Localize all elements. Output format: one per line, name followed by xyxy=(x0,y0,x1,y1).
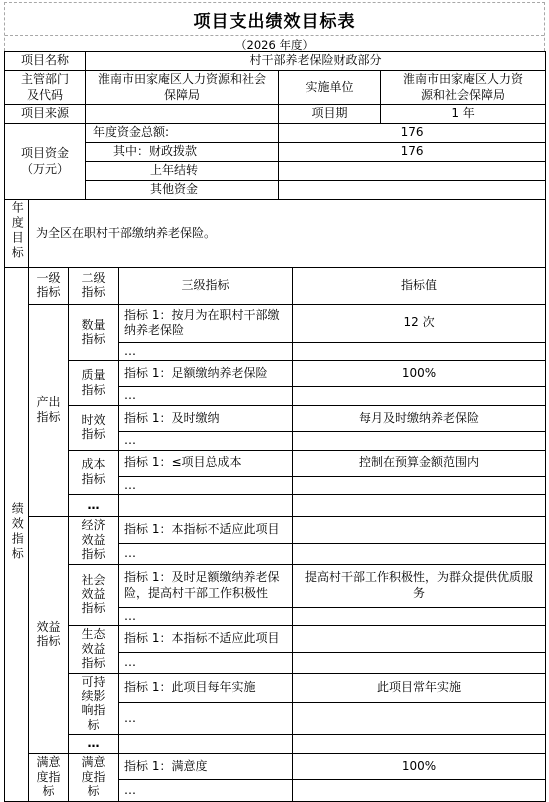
annual-goal-label: 年度目标 xyxy=(9,201,25,261)
project-period-value: 1 年 xyxy=(381,105,546,124)
row-source-period: 项目来源 项目期 1 年 xyxy=(5,105,546,124)
empty-cell xyxy=(119,735,293,754)
funding-row: 其他资金 xyxy=(5,181,546,200)
indicator-more: … xyxy=(119,476,293,495)
sub-satisfaction-label: 满意度指标 xyxy=(69,753,119,801)
empty-cell xyxy=(293,703,546,735)
indicator-value xyxy=(293,517,546,544)
empty-cell xyxy=(293,607,546,626)
group-satisfaction-label: 满意度指标 xyxy=(29,753,69,801)
project-name-label: 项目名称 xyxy=(5,52,86,71)
project-name-value: 村干部养老保险财政部分 xyxy=(86,52,546,71)
project-period-label: 项目期 xyxy=(279,105,381,124)
department-value: 淮南市田家庵区人力资源和社会 保障局 xyxy=(86,71,279,105)
indicator-value: 控制在预算金额范围内 xyxy=(293,450,546,476)
target-table: 项目名称 村干部养老保险财政部分 主管部门 及代码 淮南市田家庵区人力资源和社会… xyxy=(4,51,546,802)
empty-cell xyxy=(293,735,546,754)
indicator-more: … xyxy=(119,607,293,626)
performance-header-row: 绩效指标 一级指标 二级指标 三级指标 指标值 xyxy=(5,267,546,304)
header-value: 指标值 xyxy=(293,267,546,304)
indicator-row: 满意度指标 满意度指标 指标 1：满意度 100% xyxy=(5,753,546,779)
row-department: 主管部门 及代码 淮南市田家庵区人力资源和社会 保障局 实施单位 淮南市田家庵区… xyxy=(5,71,546,105)
sub-timeliness-label: 时效指标 xyxy=(69,405,119,450)
empty-cell xyxy=(293,495,546,517)
indicator-value: 100% xyxy=(293,361,546,387)
funding-label: 项目资金 （万元） xyxy=(5,124,86,200)
indicator-value: 每月及时缴纳养老保险 xyxy=(293,405,546,431)
empty-cell xyxy=(293,387,546,406)
empty-cell xyxy=(293,544,546,564)
title-block: 项目支出绩效目标表 （2026 年度） xyxy=(4,2,545,51)
funding-other-value xyxy=(279,181,546,200)
sub-quality-label: 质量指标 xyxy=(69,361,119,406)
performance-side-label: 绩效指标 xyxy=(9,502,25,562)
impl-unit-label: 实施单位 xyxy=(279,71,381,105)
sub-ecological-label: 生态效益指标 xyxy=(69,626,119,673)
annual-goal-label-cell: 年度目标 xyxy=(5,200,29,268)
sub-social-label: 社会效益指标 xyxy=(69,564,119,626)
indicator-row: 产出指标 数量指标 指标 1：按月为在职村干部缴 纳养老保险 12 次 xyxy=(5,304,546,342)
document-subtitle: （2026 年度） xyxy=(5,36,544,51)
empty-cell xyxy=(293,342,546,361)
indicator-value: 此项目常年实施 xyxy=(293,673,546,703)
project-source-value xyxy=(86,105,279,124)
indicator-value: 提高村干部工作积极性，为群众提供优质服 务 xyxy=(293,564,546,607)
indicator-row: 质量指标 指标 1：足额缴纳养老保险 100% xyxy=(5,361,546,387)
funding-total-label: 年度资金总额: xyxy=(86,124,279,143)
indicator-row: 成本指标 指标 1：≤项目总成本 控制在预算金额范围内 xyxy=(5,450,546,476)
funding-total-value: 176 xyxy=(279,124,546,143)
group-more: … xyxy=(69,735,119,754)
indicator-text: 指标 1：及时足额缴纳养老保 险，提高村干部工作积极性 xyxy=(119,564,293,607)
indicator-text: 指标 1：足额缴纳养老保险 xyxy=(119,361,293,387)
group-output-label: 产出指标 xyxy=(29,304,69,516)
sub-quantity-label: 数量指标 xyxy=(69,304,119,361)
sub-economic-label: 经济效益指标 xyxy=(69,517,119,564)
funding-row: 其中：财政拨款 176 xyxy=(5,143,546,162)
indicator-more: … xyxy=(119,342,293,361)
empty-cell xyxy=(293,779,546,801)
indicator-text: 指标 1：及时缴纳 xyxy=(119,405,293,431)
indicator-text: 指标 1：按月为在职村干部缴 纳养老保险 xyxy=(119,304,293,342)
indicator-text: 指标 1：本指标不适应此项目 xyxy=(119,517,293,544)
sub-sustainability-label: 可持续影响指标 xyxy=(69,673,119,735)
department-label: 主管部门 及代码 xyxy=(5,71,86,105)
indicator-more: … xyxy=(119,653,293,673)
annual-goal-content: 为全区在职村干部缴纳养老保险。 xyxy=(29,200,546,268)
group-benefit-label: 效益指标 xyxy=(29,517,69,754)
row-project-name: 项目名称 村干部养老保险财政部分 xyxy=(5,52,546,71)
indicator-row: 社会效益指标 指标 1：及时足额缴纳养老保 险，提高村干部工作积极性 提高村干部… xyxy=(5,564,546,607)
empty-cell xyxy=(293,653,546,673)
funding-fiscal-value: 176 xyxy=(279,143,546,162)
indicator-value: 12 次 xyxy=(293,304,546,342)
empty-cell xyxy=(119,495,293,517)
funding-carryover-label: 上年结转 xyxy=(86,162,279,181)
header-level1: 一级指标 xyxy=(29,267,69,304)
indicator-row: 时效指标 指标 1：及时缴纳 每月及时缴纳养老保险 xyxy=(5,405,546,431)
indicator-text: 指标 1：≤项目总成本 xyxy=(119,450,293,476)
funding-other-label: 其他资金 xyxy=(86,181,279,200)
header-level2: 二级指标 xyxy=(69,267,119,304)
empty-cell xyxy=(293,476,546,495)
funding-fiscal-label: 其中：财政拨款 xyxy=(86,143,279,162)
funding-row: 项目资金 （万元） 年度资金总额: 176 xyxy=(5,124,546,143)
performance-side-label-cell: 绩效指标 xyxy=(5,267,29,801)
indicator-text: 指标 1：此项目每年实施 xyxy=(119,673,293,703)
empty-cell xyxy=(293,431,546,450)
performance-target-document: 项目支出绩效目标表 （2026 年度） 项目名称 村干部养老保险财政部分 主管部… xyxy=(4,2,545,802)
indicator-more: … xyxy=(119,431,293,450)
indicator-more: … xyxy=(119,703,293,735)
indicator-more: … xyxy=(119,387,293,406)
indicator-row: 生态效益指标 指标 1：本指标不适应此项目 xyxy=(5,626,546,653)
indicator-row: 可持续影响指标 指标 1：此项目每年实施 此项目常年实施 xyxy=(5,673,546,703)
indicator-value: 100% xyxy=(293,753,546,779)
document-title: 项目支出绩效目标表 xyxy=(5,3,544,36)
funding-row: 上年结转 xyxy=(5,162,546,181)
row-annual-goal: 年度目标 为全区在职村干部缴纳养老保险。 xyxy=(5,200,546,268)
indicator-more: … xyxy=(119,779,293,801)
project-source-label: 项目来源 xyxy=(5,105,86,124)
header-level3: 三级指标 xyxy=(119,267,293,304)
impl-unit-value: 淮南市田家庵区人力资 源和社会保障局 xyxy=(381,71,546,105)
group-more-row: … xyxy=(5,495,546,517)
group-more: … xyxy=(69,495,119,517)
indicator-row: 效益指标 经济效益指标 指标 1：本指标不适应此项目 xyxy=(5,517,546,544)
indicator-text: 指标 1：满意度 xyxy=(119,753,293,779)
sub-cost-label: 成本指标 xyxy=(69,450,119,495)
funding-carryover-value xyxy=(279,162,546,181)
indicator-value xyxy=(293,626,546,653)
indicator-text: 指标 1：本指标不适应此项目 xyxy=(119,626,293,653)
indicator-more: … xyxy=(119,544,293,564)
group-more-row: … xyxy=(5,735,546,754)
